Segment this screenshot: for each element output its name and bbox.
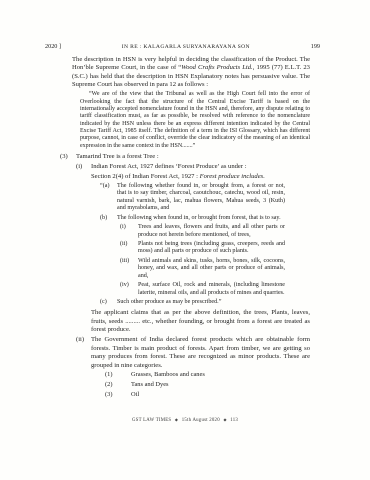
applicant-claim-paragraph: The applicant claims that as per the abo… xyxy=(91,309,310,334)
running-header: 2020 ] IN RE : KALAGARLA SURYANARAYANA S… xyxy=(45,44,320,51)
footer-page-number: 113 xyxy=(230,418,238,423)
category-3-text: Oil xyxy=(131,391,310,399)
clause-b-item-4-number: (iv) xyxy=(120,282,138,289)
category-2-text: Tans and Dyes xyxy=(131,381,310,389)
item-ii-number: (ii) xyxy=(76,336,91,344)
clause-b-item-1-text: Trees and leaves, flowers and fruits, an… xyxy=(138,224,285,239)
section-definition-line: Section 2(4) of Indian Forest Act, 1927 … xyxy=(91,173,310,181)
page-content: The description in HSN is very helpful i… xyxy=(60,56,310,399)
clause-b-number: (b) xyxy=(100,215,117,222)
clause-b-item-2-number: (ii) xyxy=(120,241,138,248)
category-2-number: (2) xyxy=(105,381,131,389)
header-year: 2020 ] xyxy=(45,44,61,50)
category-item-2: (2) Tans and Dyes xyxy=(105,381,310,389)
clause-b: (b) The following when found in, or brou… xyxy=(100,215,285,222)
clause-c: (c) Such other produce as may be prescri… xyxy=(100,299,285,306)
clause-b-item-1: (i) Trees and leaves, flowers and fruits… xyxy=(120,224,285,239)
footer-separator-icon: ◆ xyxy=(221,417,228,422)
supreme-court-quote: “We are of the view that the Tribunal as… xyxy=(80,91,310,150)
header-page-number: 199 xyxy=(311,44,320,50)
category-3-number: (3) xyxy=(105,391,131,399)
clause-b-item-3-number: (iii) xyxy=(120,258,138,265)
clause-c-text: Such other produce as may be prescribed.… xyxy=(117,299,285,306)
item-i-number: (i) xyxy=(76,163,91,171)
header-case-title: IN RE : KALAGARLA SURYANARAYANA SON xyxy=(122,45,250,51)
law-report-page: 2020 ] IN RE : KALAGARLA SURYANARAYANA S… xyxy=(0,0,370,480)
list-item-i: (i) Indian Forest Act, 1927 defines ‘For… xyxy=(76,163,310,171)
clause-b-item-1-number: (i) xyxy=(120,224,138,231)
section-text-italic: Forest produce includes. xyxy=(200,173,265,180)
footer-journal-name: GST LAW TIMES xyxy=(132,418,171,423)
item-3-heading: Tamarind Tree is a forest Tree : xyxy=(76,153,310,161)
journal-footer: GST LAW TIMES ◆ 15th August 2020 ◆ 113 xyxy=(0,417,370,423)
intro-paragraph: The description in HSN is very helpful i… xyxy=(72,56,310,89)
clause-b-item-3: (iii) Wild animals and skins, tusks, hor… xyxy=(120,258,285,280)
category-item-3: (3) Oil xyxy=(105,391,310,399)
list-item-ii: (ii) The Government of India declared fo… xyxy=(76,336,310,369)
item-3-number: (3) xyxy=(60,153,76,161)
clause-b-text: The following when found in, or brought … xyxy=(117,215,285,222)
clause-a-text: The following whether found in, or broug… xyxy=(117,183,285,213)
clause-b-item-2-text: Plants not being trees (including grass,… xyxy=(138,241,285,256)
list-item-3: (3) Tamarind Tree is a forest Tree : xyxy=(60,153,310,161)
intro-case-name: Wood Crafts Products Ltd. xyxy=(181,64,253,71)
clause-b-item-2: (ii) Plants not being trees (including g… xyxy=(120,241,285,256)
clause-b-item-3-text: Wild animals and skins, tusks, horns, bo… xyxy=(138,258,285,280)
clause-b-item-4-text: Peat, surface Oil, rock and minerals, (i… xyxy=(138,282,285,297)
footer-separator-icon: ◆ xyxy=(173,417,180,422)
clause-a-number: “(a) xyxy=(100,183,117,190)
category-1-number: (1) xyxy=(105,371,131,379)
clause-a: “(a) The following whether found in, or … xyxy=(100,183,285,213)
item-ii-text: The Government of India declared forest … xyxy=(91,336,310,369)
clause-b-item-4: (iv) Peat, surface Oil, rock and mineral… xyxy=(120,282,285,297)
category-item-1: (1) Grasses, Bamboos and canes xyxy=(105,371,310,379)
section-text: Section 2(4) of Indian Forest Act, 1927 … xyxy=(91,173,200,180)
footer-issue-date: 15th August 2020 xyxy=(182,418,220,423)
clause-c-number: (c) xyxy=(100,299,117,306)
category-1-text: Grasses, Bamboos and canes xyxy=(131,371,310,379)
item-i-line1: Indian Forest Act, 1927 defines ‘Forest … xyxy=(91,163,310,171)
